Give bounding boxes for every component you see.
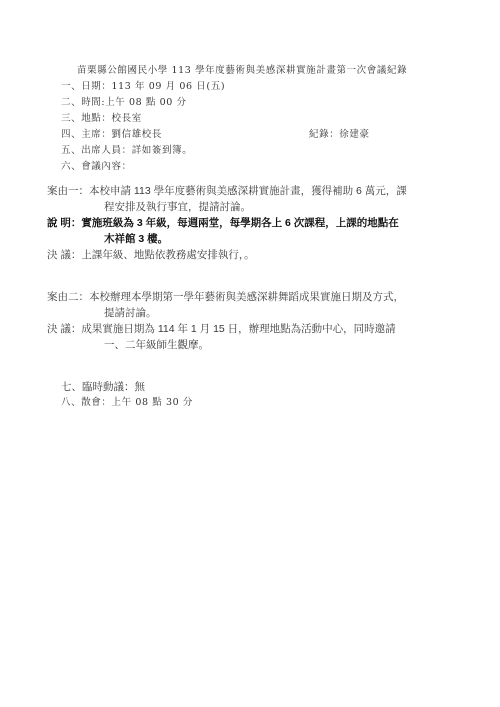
meeting-attendees: 五、出席人員：詳如簽到簿。 bbox=[61, 144, 192, 158]
case1-explanation-line1: 說 明：實施班級為 3 年級，每週兩堂，每學期各上 6 次課程，上課的地點在 bbox=[47, 216, 399, 230]
document-page: 苗栗縣公館國民小學 113 學年度藝術與美感深耕實施計畫第一次會議紀錄 一、日期… bbox=[0, 0, 500, 707]
meeting-date: 一、日期：113 年 09 月 06 日(五) bbox=[61, 80, 225, 94]
document-title: 苗栗縣公館國民小學 113 學年度藝術與美感深耕實施計畫第一次會議紀錄 bbox=[77, 64, 407, 78]
meeting-adjourned: 八、散會：上午 08 點 30 分 bbox=[61, 396, 193, 410]
meeting-recorder: 紀錄：徐建豪 bbox=[309, 128, 370, 142]
meeting-location: 三、地點：校長室 bbox=[61, 112, 142, 126]
extempore-motions: 七、臨時動議：無 bbox=[61, 380, 145, 394]
meeting-chair: 四、主席：劉信雄校長 bbox=[61, 128, 162, 142]
meeting-content-heading: 六、會議內容： bbox=[61, 160, 132, 174]
meeting-time: 二、時間:上午 08 點 00 分 bbox=[61, 96, 187, 110]
case1-subject-line1: 案由一：本校申請 113 學年度藝術與美感深耕實施計畫，獲得補助 6 萬元，課 bbox=[47, 184, 407, 198]
case2-resolution-line1: 決 議：成果實施日期為 114 年 1 月 15 日，辦理地點為活動中心，同時邀… bbox=[47, 322, 396, 336]
case2-subject-line2: 提請討論。 bbox=[104, 306, 157, 320]
case2-subject-line1: 案由二：本校辦理本學期第一學年藝術與美感深耕舞蹈成果實施日期及方式， bbox=[47, 290, 404, 304]
case1-resolution: 決 議：上課年級、地點依教務處安排執行，。 bbox=[47, 248, 255, 262]
case1-explanation-line2: 木祥館 3 樓。 bbox=[104, 232, 168, 246]
case1-subject-line2: 程安排及執行事宜，提請討論。 bbox=[104, 200, 251, 214]
case2-resolution-line2: 一、二年級師生觀摩。 bbox=[104, 338, 209, 352]
